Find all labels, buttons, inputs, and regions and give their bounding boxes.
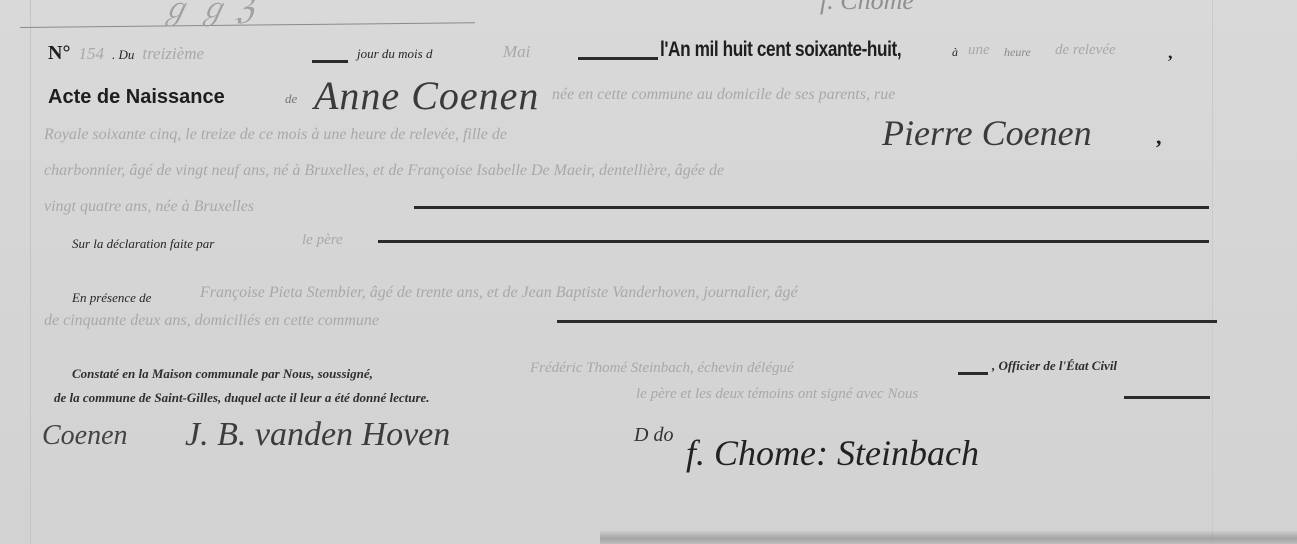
constate-text: Constaté en la Maison communale par Nous… bbox=[72, 366, 373, 382]
document-title: Acte de Naissance bbox=[48, 86, 225, 109]
signature-officer: f. Chome: Steinbach bbox=[686, 432, 979, 474]
time-value: de relevée bbox=[1055, 42, 1116, 59]
previous-record-scribble: ℊ ℊ ℨ bbox=[160, 0, 254, 28]
a-label: à bbox=[952, 45, 958, 60]
signature-ditto: D do bbox=[634, 424, 673, 447]
witnesses-text-2: de cinquante deux ans, domiciliés en cet… bbox=[44, 312, 379, 330]
declaration-label: Sur la déclaration faite par bbox=[72, 236, 214, 252]
fill-line bbox=[958, 372, 988, 375]
fill-line bbox=[414, 206, 1209, 209]
witnesses-text-1: Françoise Pieta Stembier, âgé de trente … bbox=[200, 284, 798, 302]
hour-value: une bbox=[968, 42, 990, 59]
de-label: de bbox=[285, 91, 297, 107]
comma: , bbox=[1156, 124, 1162, 150]
birth-record-page: f. Chome ℊ ℊ ℨ N° 154 . Du treizième jou… bbox=[0, 0, 1297, 544]
record-number: 154 bbox=[78, 44, 104, 63]
right-margin-rule bbox=[1212, 0, 1213, 544]
officer-name: Frédéric Thomé Steinbach, échevin délégu… bbox=[530, 360, 794, 377]
number-label: N° bbox=[48, 42, 70, 64]
fill-line bbox=[578, 57, 658, 60]
year-text: l'An mil huit cent soixante-huit, bbox=[660, 38, 901, 62]
du-label: . Du bbox=[112, 47, 134, 62]
declarant-value: le père bbox=[302, 232, 343, 249]
fill-line bbox=[557, 320, 1217, 323]
page-bottom-edge bbox=[600, 530, 1297, 544]
left-margin-rule bbox=[30, 0, 31, 544]
child-name: Anne Coenen bbox=[314, 72, 539, 119]
mother-age-text: vingt quatre ans, née à Bruxelles bbox=[44, 198, 254, 216]
commune-text: de la commune de Saint-Gilles, duquel ac… bbox=[54, 390, 430, 406]
record-header-line: N° 154 . Du treizième bbox=[48, 42, 204, 68]
parents-details-text: charbonnier, âgé de vingt neuf ans, né à… bbox=[44, 162, 724, 180]
father-name: Pierre Coenen bbox=[882, 112, 1092, 154]
month-value: Mai bbox=[503, 42, 530, 62]
heure-label: heure bbox=[1004, 45, 1031, 60]
day-value: treizième bbox=[142, 44, 204, 63]
presence-label: En présence de bbox=[72, 290, 151, 306]
jour-label: jour du mois d bbox=[357, 46, 432, 62]
lecture-value: le père et les deux témoins ont signé av… bbox=[636, 386, 918, 403]
fill-line bbox=[312, 60, 348, 63]
signature-witness: J. B. vanden Hoven bbox=[185, 416, 450, 454]
birth-place-text: née en cette commune au domicile de ses … bbox=[552, 86, 895, 104]
previous-record-signature: f. Chome bbox=[820, 0, 914, 16]
fill-line bbox=[1124, 396, 1210, 399]
signature-father: Coenen bbox=[42, 420, 128, 452]
officer-title: , Officier de l'État Civil bbox=[992, 358, 1117, 374]
fill-line bbox=[378, 240, 1209, 243]
comma: , bbox=[1168, 42, 1173, 63]
birth-details-text: Royale soixante cinq, le treize de ce mo… bbox=[44, 126, 507, 144]
